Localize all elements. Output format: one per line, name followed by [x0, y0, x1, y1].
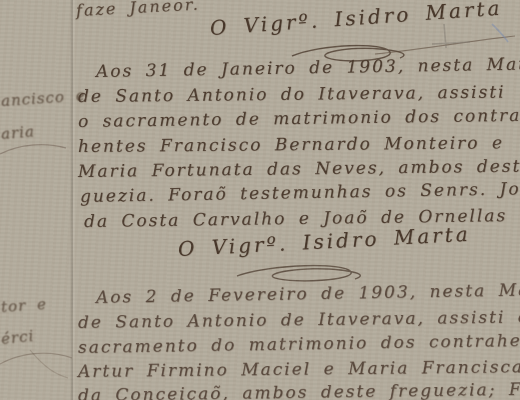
manuscript-page-photo: faze Janeor. O Vigrº. Isidro Marta ancis…: [0, 0, 520, 400]
manuscript-line: Maria Fortunata das Neves, ambos deste f…: [78, 156, 520, 182]
manuscript-line: Aos 31 de Janeiro de 1903, nesta Matriz: [96, 54, 520, 82]
margin-note-names: tor e: [0, 295, 47, 316]
manuscript-line: hentes Francisco Bernardo Monteiro e: [78, 133, 504, 157]
margin-flourish: [0, 348, 75, 370]
manuscript-line: Artur Firmino Maciel e Maria Francisca: [78, 357, 520, 382]
manuscript-line: de Santo Antonio de Itaverava, assisti o: [78, 307, 520, 333]
page-fold-line: [70, 0, 75, 400]
manuscript-line: guezia. Foraõ testemunhas os Senrs. José: [80, 179, 520, 207]
margin-flourish: [0, 140, 70, 160]
margin-note-names: érci: [0, 327, 35, 348]
manuscript-line: de Santo Antonio do Itaverava, assisti: [78, 83, 506, 107]
manuscript-line: Aos 2 de Fevereiro de 1903, nesta Matriz: [96, 280, 520, 308]
manuscript-line-fragment: faze Janeor.: [76, 0, 201, 20]
manuscript-line: sacramento do matrimonio dos contrahente…: [78, 330, 520, 358]
manuscript-line: o sacramento de matrimonio dos contra-: [78, 106, 520, 132]
manuscript-line: da Conceiçaõ, ambos deste freguezia; For…: [78, 379, 520, 400]
